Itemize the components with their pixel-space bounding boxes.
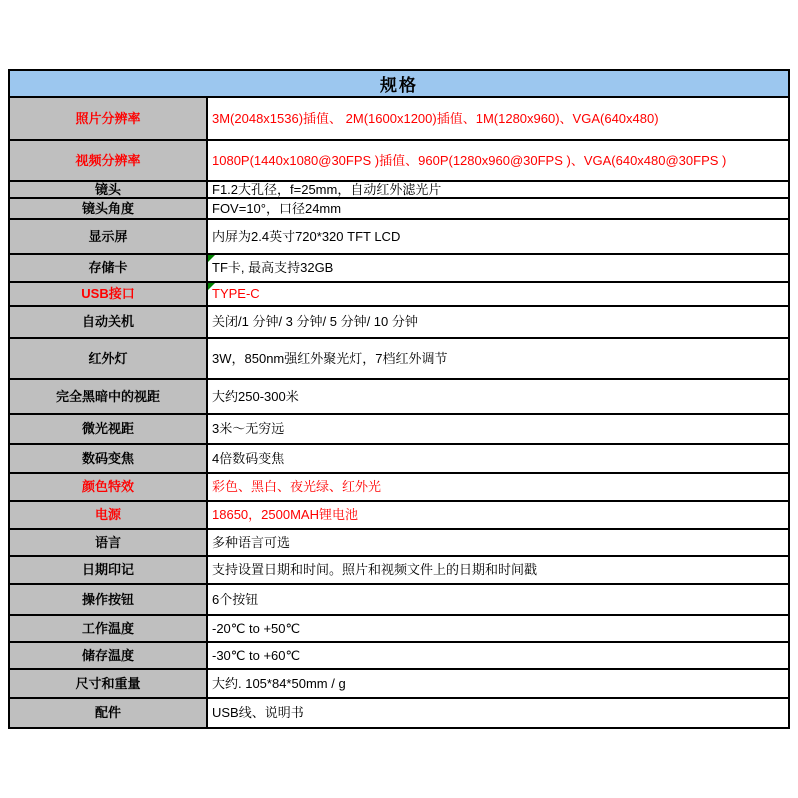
spec-row-display: 显示屏 内屏为2.4英寸720*320 TFT LCD xyxy=(10,220,788,255)
spec-row-auto-shutdown: 自动关机 关闭/1 分钟/ 3 分钟/ 5 分钟/ 10 分钟 xyxy=(10,307,788,339)
spec-label: 尺寸和重量 xyxy=(10,670,208,697)
spec-row-power: 电源 18650，2500MAH锂电池 xyxy=(10,502,788,530)
spec-value: FOV=10°，口径24mm xyxy=(208,199,788,218)
spec-value: 支持设置日期和时间。照片和视频文件上的日期和时间戳 xyxy=(208,557,788,583)
spec-label: USB接口 xyxy=(10,283,208,305)
spec-row-lens: 镜头 F1.2大孔径，f=25mm，自动红外滤光片 xyxy=(10,182,788,199)
spec-row-photo-resolution: 照片分辨率 3M(2048x1536)插值、 2M(1600x1200)插值、1… xyxy=(10,98,788,141)
spec-label: 颜色特效 xyxy=(10,474,208,500)
spec-row-ir-light: 红外灯 3W，850nm强红外聚光灯，7档红外调节 xyxy=(10,339,788,380)
spec-row-operation-buttons: 操作按钮 6个按钮 xyxy=(10,585,788,616)
spec-value: 关闭/1 分钟/ 3 分钟/ 5 分钟/ 10 分钟 xyxy=(208,307,788,337)
spec-value: F1.2大孔径，f=25mm，自动红外滤光片 xyxy=(208,182,788,197)
spec-value-text: TF卡, 最高支持32GB xyxy=(212,261,333,275)
spec-value: -30℃ to +60℃ xyxy=(208,643,788,668)
spec-row-storage-card: 存储卡 TF卡, 最高支持32GB xyxy=(10,255,788,283)
table-title: 规格 xyxy=(10,71,788,98)
spec-label: 储存温度 xyxy=(10,643,208,668)
spec-value: 18650，2500MAH锂电池 xyxy=(208,502,788,528)
spec-label: 显示屏 xyxy=(10,220,208,253)
cell-comment-marker-icon xyxy=(208,283,215,290)
spec-label: 镜头角度 xyxy=(10,199,208,218)
specification-table: 规格 照片分辨率 3M(2048x1536)插值、 2M(1600x1200)插… xyxy=(8,69,790,729)
spec-value: 彩色、黑白、夜光绿、红外光 xyxy=(208,474,788,500)
spec-label: 存储卡 xyxy=(10,255,208,281)
spec-value: 1080P(1440x1080@30FPS )插值、960P(1280x960@… xyxy=(208,141,788,180)
spec-label: 操作按钮 xyxy=(10,585,208,614)
spec-row-lens-angle: 镜头角度 FOV=10°，口径24mm xyxy=(10,199,788,220)
spec-value: TF卡, 最高支持32GB xyxy=(208,255,788,281)
spec-value: 大约250-300米 xyxy=(208,380,788,413)
spec-value-text: TYPE-C xyxy=(212,287,260,301)
spec-label: 日期印记 xyxy=(10,557,208,583)
spec-label: 完全黑暗中的视距 xyxy=(10,380,208,413)
spec-row-accessories: 配件 USB线、说明书 xyxy=(10,699,788,727)
spec-value: 6个按钮 xyxy=(208,585,788,614)
spec-label: 语言 xyxy=(10,530,208,555)
spec-label: 电源 xyxy=(10,502,208,528)
spec-row-size-weight: 尺寸和重量 大约. 105*84*50mm / g xyxy=(10,670,788,699)
spec-value: TYPE-C xyxy=(208,283,788,305)
spec-value: 3米～无穷远 xyxy=(208,415,788,443)
spec-value: USB线、说明书 xyxy=(208,699,788,727)
spec-row-date-stamp: 日期印记 支持设置日期和时间。照片和视频文件上的日期和时间戳 xyxy=(10,557,788,585)
cell-comment-marker-icon xyxy=(208,255,215,262)
spec-value: 大约. 105*84*50mm / g xyxy=(208,670,788,697)
spec-value: -20℃ to +50℃ xyxy=(208,616,788,641)
spec-value: 3W，850nm强红外聚光灯，7档红外调节 xyxy=(208,339,788,378)
spec-label: 视频分辨率 xyxy=(10,141,208,180)
spec-value: 内屏为2.4英寸720*320 TFT LCD xyxy=(208,220,788,253)
page-canvas: 规格 照片分辨率 3M(2048x1536)插值、 2M(1600x1200)插… xyxy=(0,0,798,798)
spec-value: 3M(2048x1536)插值、 2M(1600x1200)插值、1M(1280… xyxy=(208,98,788,139)
spec-label: 数码变焦 xyxy=(10,445,208,472)
spec-row-color-effects: 颜色特效 彩色、黑白、夜光绿、红外光 xyxy=(10,474,788,502)
spec-row-digital-zoom: 数码变焦 4倍数码变焦 xyxy=(10,445,788,474)
spec-row-video-resolution: 视频分辨率 1080P(1440x1080@30FPS )插值、960P(128… xyxy=(10,141,788,182)
spec-value: 多种语言可选 xyxy=(208,530,788,555)
spec-label: 工作温度 xyxy=(10,616,208,641)
spec-row-language: 语言 多种语言可选 xyxy=(10,530,788,557)
spec-row-lowlight-view-distance: 微光视距 3米～无穷远 xyxy=(10,415,788,445)
spec-row-darkness-view-distance: 完全黑暗中的视距 大约250-300米 xyxy=(10,380,788,415)
spec-label: 镜头 xyxy=(10,182,208,197)
spec-row-usb-port: USB接口 TYPE-C xyxy=(10,283,788,307)
spec-label: 照片分辨率 xyxy=(10,98,208,139)
spec-row-storage-temperature: 储存温度 -30℃ to +60℃ xyxy=(10,643,788,670)
spec-label: 红外灯 xyxy=(10,339,208,378)
spec-label: 配件 xyxy=(10,699,208,727)
spec-label: 自动关机 xyxy=(10,307,208,337)
spec-row-working-temperature: 工作温度 -20℃ to +50℃ xyxy=(10,616,788,643)
spec-label: 微光视距 xyxy=(10,415,208,443)
spec-value: 4倍数码变焦 xyxy=(208,445,788,472)
